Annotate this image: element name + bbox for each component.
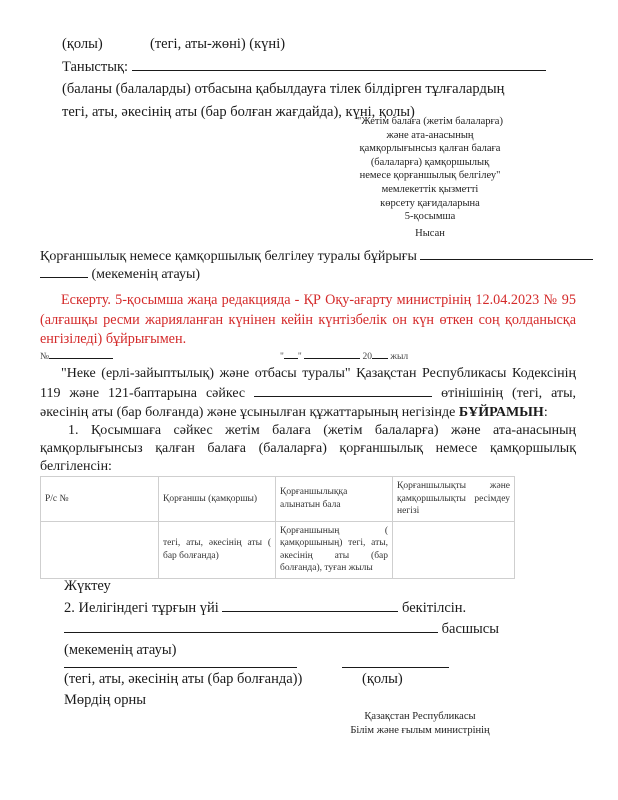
annex-header: "Жетім балаға (жетім балаларға) және ата… — [330, 115, 530, 240]
name-signature-line[interactable] — [64, 653, 297, 668]
institution-caption: (мекеменің атауы) — [92, 267, 201, 282]
form-label: Нысан — [330, 227, 530, 241]
acquainted-label: Таныстық: — [62, 59, 128, 75]
table-row: тегі, аты, әкесінің аты ( бар болғанда) … — [41, 521, 515, 578]
applicant-blank-field[interactable] — [254, 384, 432, 397]
order-number-field[interactable] — [49, 350, 113, 359]
year-field[interactable] — [372, 350, 388, 359]
table-header-cell: Р/с № — [41, 477, 159, 522]
institution-head-field[interactable] — [64, 620, 438, 633]
order-number-row: № — [40, 350, 113, 362]
ministry-line: Білім және ғылым министрінің — [320, 724, 520, 738]
item-1: 1. Қосымшаға сәйкес жетім балаға (жетім … — [40, 422, 576, 476]
quote-close: " — [298, 352, 302, 362]
head-label: басшысы — [442, 621, 499, 637]
name-date-caption: (тегі, аты-жөні) (күні) — [150, 36, 285, 53]
name-caption: (тегі, аты, әкесінің аты (бар болғанда)) — [64, 671, 302, 688]
order-keyword: БҰЙРАМЫН — [459, 405, 544, 420]
item-2: 2. Иелігіндегі тұрғын үйі бекітілсін. — [64, 599, 466, 617]
table-cell — [393, 521, 515, 578]
order-title-text: Қорғаншылық немесе қамқоршылық белгілеу … — [40, 249, 417, 264]
annex-line: мемлекеттік қызметті — [330, 183, 530, 197]
table-cell — [41, 521, 159, 578]
annex-line: "Жетім балаға (жетім балаларға) — [330, 115, 530, 129]
number-label: № — [40, 352, 49, 362]
order-title-line2: (мекеменің атауы) — [40, 265, 200, 283]
body-paragraph: "Неке (ерлі-зайыптылық) және отбасы тура… — [40, 364, 576, 423]
table-header-cell: Қорғаншылықты және қамқоршылықты ресімде… — [393, 477, 515, 522]
acquainted-row: Таныстық: — [62, 58, 546, 76]
month-field[interactable] — [304, 350, 360, 359]
annex-line: қамқорлығынсыз қалған балаға — [330, 142, 530, 156]
assign-label: Жүктеу — [64, 578, 111, 595]
acquainted-blank-field[interactable] — [132, 58, 546, 71]
year-suffix: жыл — [390, 352, 408, 362]
annex-line: (балаларға) қамқоршылық — [330, 156, 530, 170]
order-date-row: "" 20 жыл — [280, 350, 408, 362]
acquainted-caption-line1: (баланы (балаларды) отбасына қабылдауға … — [62, 81, 504, 98]
table-header-cell: Қорғаншылыққа алынатын бала — [276, 477, 393, 522]
colon: : — [544, 405, 548, 420]
head-row: басшысы — [64, 620, 499, 638]
order-title: Қорғаншылық немесе қамқоршылық белгілеу … — [40, 247, 593, 265]
item2-suffix: бекітілсін. — [402, 600, 466, 616]
signature-caption: (қолы) — [62, 36, 103, 53]
signature-caption-footer: (қолы) — [362, 671, 403, 688]
table-header-row: Р/с № Қорғаншы (қамқоршы) Қорғаншылыққа … — [41, 477, 515, 522]
table-cell: Қорғаншының ( қамқоршының) тегі, аты, әк… — [276, 521, 393, 578]
annex-line: көрсету қағидаларына — [330, 197, 530, 211]
table-header-cell: Қорғаншы (қамқоршы) — [159, 477, 276, 522]
annex-line: және ата-анасының — [330, 129, 530, 143]
ministry-line: Қазақстан Республикасы — [320, 710, 520, 724]
annex-number: 5-қосымша — [330, 210, 530, 224]
item2-prefix: 2. Иелігіндегі тұрғын үйі — [64, 600, 219, 616]
ministry-footer: Қазақстан Республикасы Білім және ғылым … — [320, 710, 520, 738]
housing-blank-field[interactable] — [222, 599, 398, 612]
annex-line: немесе қорғаншылық белгілеу" — [330, 169, 530, 183]
guardianship-table: Р/с № Қорғаншы (қамқоршы) Қорғаншылыққа … — [40, 476, 515, 579]
institution-blank-field-2[interactable] — [40, 265, 88, 278]
signature-line[interactable] — [342, 653, 449, 668]
year-prefix: 20 — [363, 352, 373, 362]
amendment-note: Ескерту. 5-қосымша жаңа редакцияда - ҚР … — [40, 291, 576, 350]
institution-blank-field[interactable] — [420, 247, 593, 260]
day-field[interactable] — [284, 350, 298, 359]
stamp-place-label: Мөрдің орны — [64, 692, 146, 709]
table-cell: тегі, аты, әкесінің аты ( бар болғанда) — [159, 521, 276, 578]
